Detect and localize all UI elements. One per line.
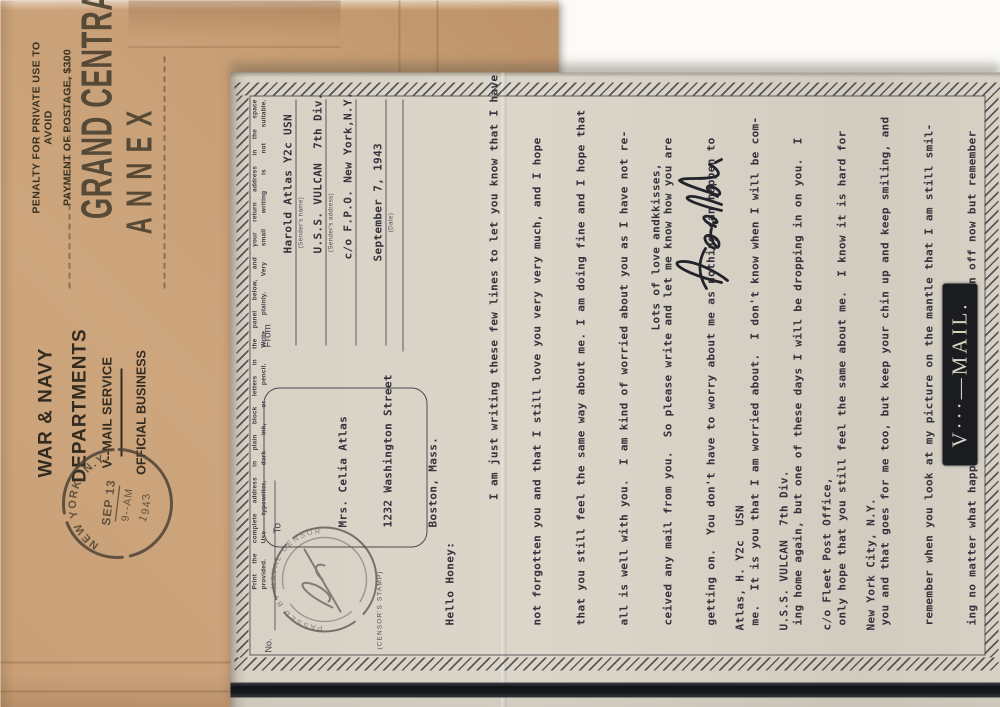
from-address-field: U.S.S. VULCAN 7th Div. (Sender's address… xyxy=(312,99,334,345)
return-address-line-4: New York City, N.Y. xyxy=(864,470,879,630)
form-instructions-line-1: Print the complete address in plain bloc… xyxy=(251,99,258,589)
from-name-value: Harold Atlas Y2c USN xyxy=(282,99,294,345)
body-line: remember when you look at my picture on … xyxy=(922,74,937,625)
from-fpo-rule xyxy=(355,99,356,345)
handwritten-signature xyxy=(659,156,735,292)
handstamp-line-1: GRAND CENTRAL xyxy=(75,50,119,294)
envelope-crease xyxy=(436,0,438,72)
handstamp-bottom-rule xyxy=(163,56,165,288)
postmark-date: SEP 13 xyxy=(98,478,118,526)
return-address-line-2: U.S.S. VULCAN 7th Div. xyxy=(777,470,792,630)
envelope-flap xyxy=(128,0,340,47)
from-name-field: Harold Atlas Y2c USN (Sender's name) xyxy=(282,99,304,345)
handstamp-text-grand-central: GRAND CENTRAL xyxy=(75,0,119,219)
penalty-line-1: PENALTY FOR PRIVATE USE TO AVOID xyxy=(30,29,54,225)
to-address-line-2: 1232 Washington Street xyxy=(380,374,395,527)
postmark-stamp: NEW YORK, N.Y. SEP 13 9--AM 1943 xyxy=(52,438,181,567)
to-address-line-1: Mrs. Celia Atlas xyxy=(335,374,350,527)
from-panel-bottom-rule xyxy=(402,99,403,351)
photo-edge-band xyxy=(230,682,1000,697)
to-label: To xyxy=(272,522,283,533)
handstamp-line-2: ANNEX xyxy=(121,50,157,294)
scanned-mail-scene: PENALTY FOR PRIVATE USE TO AVOID PAYMENT… xyxy=(0,0,1000,707)
body-line: all is well with you. I am kind of worri… xyxy=(617,74,632,625)
grand-central-handstamp: GRAND CENTRAL ANNEX xyxy=(68,50,165,294)
hatch-border-top xyxy=(236,95,248,657)
penalty-clause: PENALTY FOR PRIVATE USE TO AVOID PAYMENT… xyxy=(30,29,73,225)
envelope-crease xyxy=(0,661,232,663)
corner-card-line-1: WAR & NAVY xyxy=(36,342,55,482)
from-address-caption: (Sender's address) xyxy=(327,99,334,345)
from-address-value: U.S.S. VULCAN 7th Div. xyxy=(312,99,324,345)
from-name-rule xyxy=(295,99,296,345)
from-name-caption: (Sender's name) xyxy=(297,99,304,345)
from-date-caption: (Date) xyxy=(387,99,394,345)
return-address: Atlas, H. Y2c USN U.S.S. VULCAN 7th Div.… xyxy=(704,470,907,630)
postmark-year: 1943 xyxy=(136,489,155,524)
svg-text:1943: 1943 xyxy=(136,489,155,524)
body-line: that you still feel the same way about m… xyxy=(574,74,589,625)
hatch-border-left xyxy=(234,657,998,670)
from-fpo-value: c/o F.P.O. New York,N.Y. xyxy=(342,99,354,345)
handstamp-top-rule xyxy=(68,56,70,288)
handstamp-text-annex: ANNEX xyxy=(121,100,157,244)
envelope-crease xyxy=(398,0,400,72)
vmail-letter: Print the complete address in plain bloc… xyxy=(230,72,1000,707)
envelope-crease xyxy=(0,690,232,692)
vmail-logo: V···—MAIL. xyxy=(942,283,977,465)
censor-inner-ring xyxy=(282,537,366,621)
postmark-time: 9--AM xyxy=(119,487,135,522)
body-line: I am just writing these few lines to let… xyxy=(487,74,502,625)
corner-card-rule xyxy=(120,368,122,456)
from-fpo-field: c/o F.P.O. New York,N.Y. xyxy=(342,99,356,345)
censor-initials-squiggle xyxy=(302,549,340,611)
body-line: not forgotten you and that I still love … xyxy=(530,74,545,625)
from-date-field: September 7, 1943 (Date) xyxy=(372,99,394,345)
from-label: From xyxy=(262,324,273,347)
return-address-line-3: c/o Fleet Post Office, xyxy=(820,470,835,630)
from-date-rule xyxy=(385,99,386,345)
body-line: Hello Honey: xyxy=(443,74,458,625)
from-address-rule xyxy=(325,99,326,345)
to-panel: To Mrs. Celia Atlas 1232 Washington Stre… xyxy=(263,387,427,547)
from-date-value: September 7, 1943 xyxy=(372,99,384,345)
return-address-line-1: Atlas, H. Y2c USN xyxy=(733,470,748,630)
